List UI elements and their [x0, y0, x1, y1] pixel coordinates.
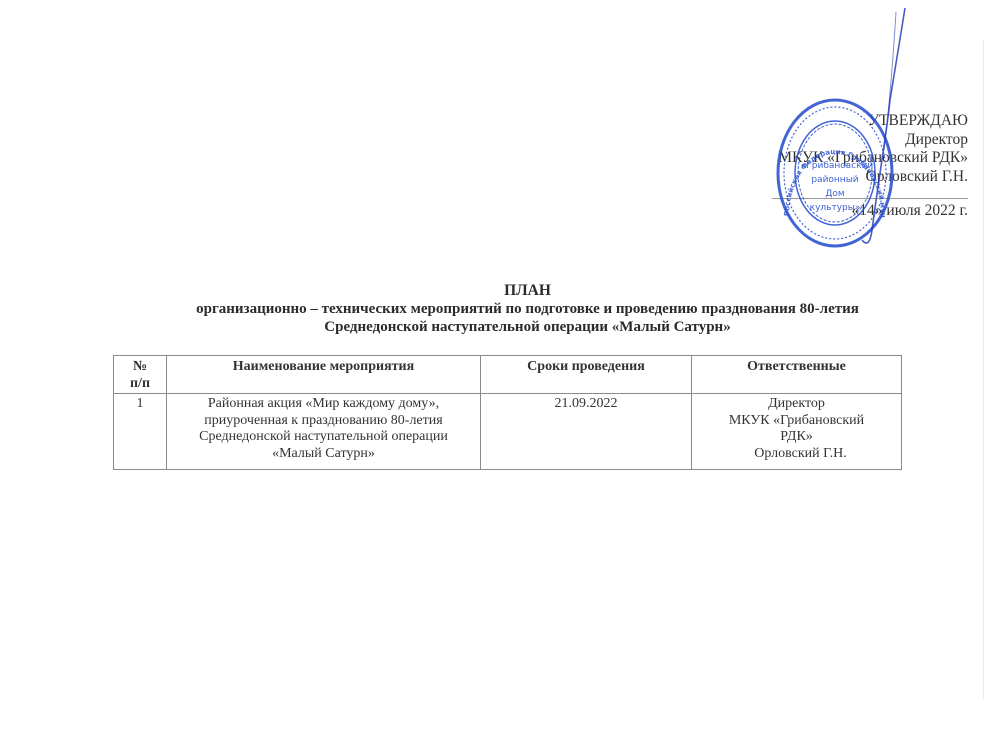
scan-page-edge — [983, 40, 984, 700]
header-event-name: Наименование мероприятия — [167, 356, 481, 394]
events-table: № п/п Наименование мероприятия Сроки про… — [113, 355, 902, 470]
table-header-row: № п/п Наименование мероприятия Сроки про… — [114, 356, 902, 394]
title-line-1: организационно – технических мероприятий… — [0, 300, 1000, 318]
header-responsible: Ответственные — [692, 356, 902, 394]
title-plan: ПЛАН — [0, 282, 1000, 300]
cell-responsible: Директор МКУК «Грибановский РДК» Орловск… — [692, 394, 902, 470]
stamp-line-4: культуры» — [810, 203, 861, 213]
document-title: ПЛАН организационно – технических меропр… — [0, 282, 1000, 336]
stamp-line-3: Дом — [825, 189, 844, 199]
organization-stamp-icon: Российская Федерация Грибановский муници… — [775, 96, 899, 250]
header-dates: Сроки проведения — [481, 356, 692, 394]
stamp-line-2: районный — [811, 175, 858, 185]
cell-number: 1 — [114, 394, 167, 470]
cell-dates: 21.09.2022 — [481, 394, 692, 470]
title-line-2: Среднедонской наступательной операции «М… — [0, 318, 1000, 336]
cell-event-name: Районная акция «Мир каждому дому», приур… — [167, 394, 481, 470]
table-row: 1 Районная акция «Мир каждому дому», при… — [114, 394, 902, 470]
header-number: № п/п — [114, 356, 167, 394]
stamp-line-1: «Грибановский — [801, 161, 874, 171]
